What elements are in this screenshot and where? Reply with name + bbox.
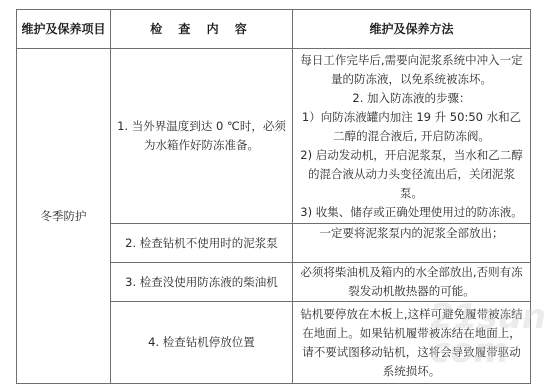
header-row: 维护及保养项目 检 查 内 容 维护及保养方法 <box>17 10 531 49</box>
content-cell: 2. 检查钻机不使用时的泥浆泵 <box>111 224 293 263</box>
method-cell: 一定要将泥浆泵内的泥浆全部放出； <box>293 224 531 263</box>
method-line: 3) 收集、储存或正确处理使用过的防冻液。 <box>297 203 526 222</box>
table-row: 冬季防护 1. 当外界温度到达 0 ℃时，必须为水箱作好防冻准备。 每日工作完毕… <box>17 49 531 224</box>
method-cell: 必须将柴油机及箱内的水全部放出,否则有冻裂发动机散热器的可能。 <box>293 263 531 302</box>
header-content: 检 查 内 容 <box>111 10 293 49</box>
content-cell: 1. 当外界温度到达 0 ℃时，必须为水箱作好防冻准备。 <box>111 49 293 224</box>
method-cell: 钻机要停放在木板上,这样可避免履带被冻结在地面上。如果钻机履带被冻结在地面上，请… <box>293 302 531 384</box>
content-cell: 3. 检查没使用防冻液的柴油机 <box>111 263 293 302</box>
header-method: 维护及保养方法 <box>293 10 531 49</box>
content-cell: 4. 检查钻机停放位置 <box>111 302 293 384</box>
method-cell: 每日工作完毕后,需要向泥浆系统中冲入一定量的防冻液，以免系统被冻坏。 2. 加入… <box>293 49 531 224</box>
maintenance-table: 维护及保养项目 检 查 内 容 维护及保养方法 冬季防护 1. 当外界温度到达 … <box>16 9 531 384</box>
method-line: 每日工作完毕后,需要向泥浆系统中冲入一定量的防冻液，以免系统被冻坏。 <box>297 51 526 89</box>
method-line: 2) 启动发动机，开启泥浆泵，当水和乙二醇的混合液从动力头变径流出后，关闭泥浆泵… <box>297 146 526 203</box>
method-line: 2. 加入防冻液的步骤： <box>297 89 526 108</box>
method-line: 1）向防冻液罐内加注 19 升 50:50 水和乙二醇的混合液后, 开启防冻阀。 <box>297 108 526 146</box>
header-item: 维护及保养项目 <box>17 10 111 49</box>
category-cell: 冬季防护 <box>17 49 111 384</box>
